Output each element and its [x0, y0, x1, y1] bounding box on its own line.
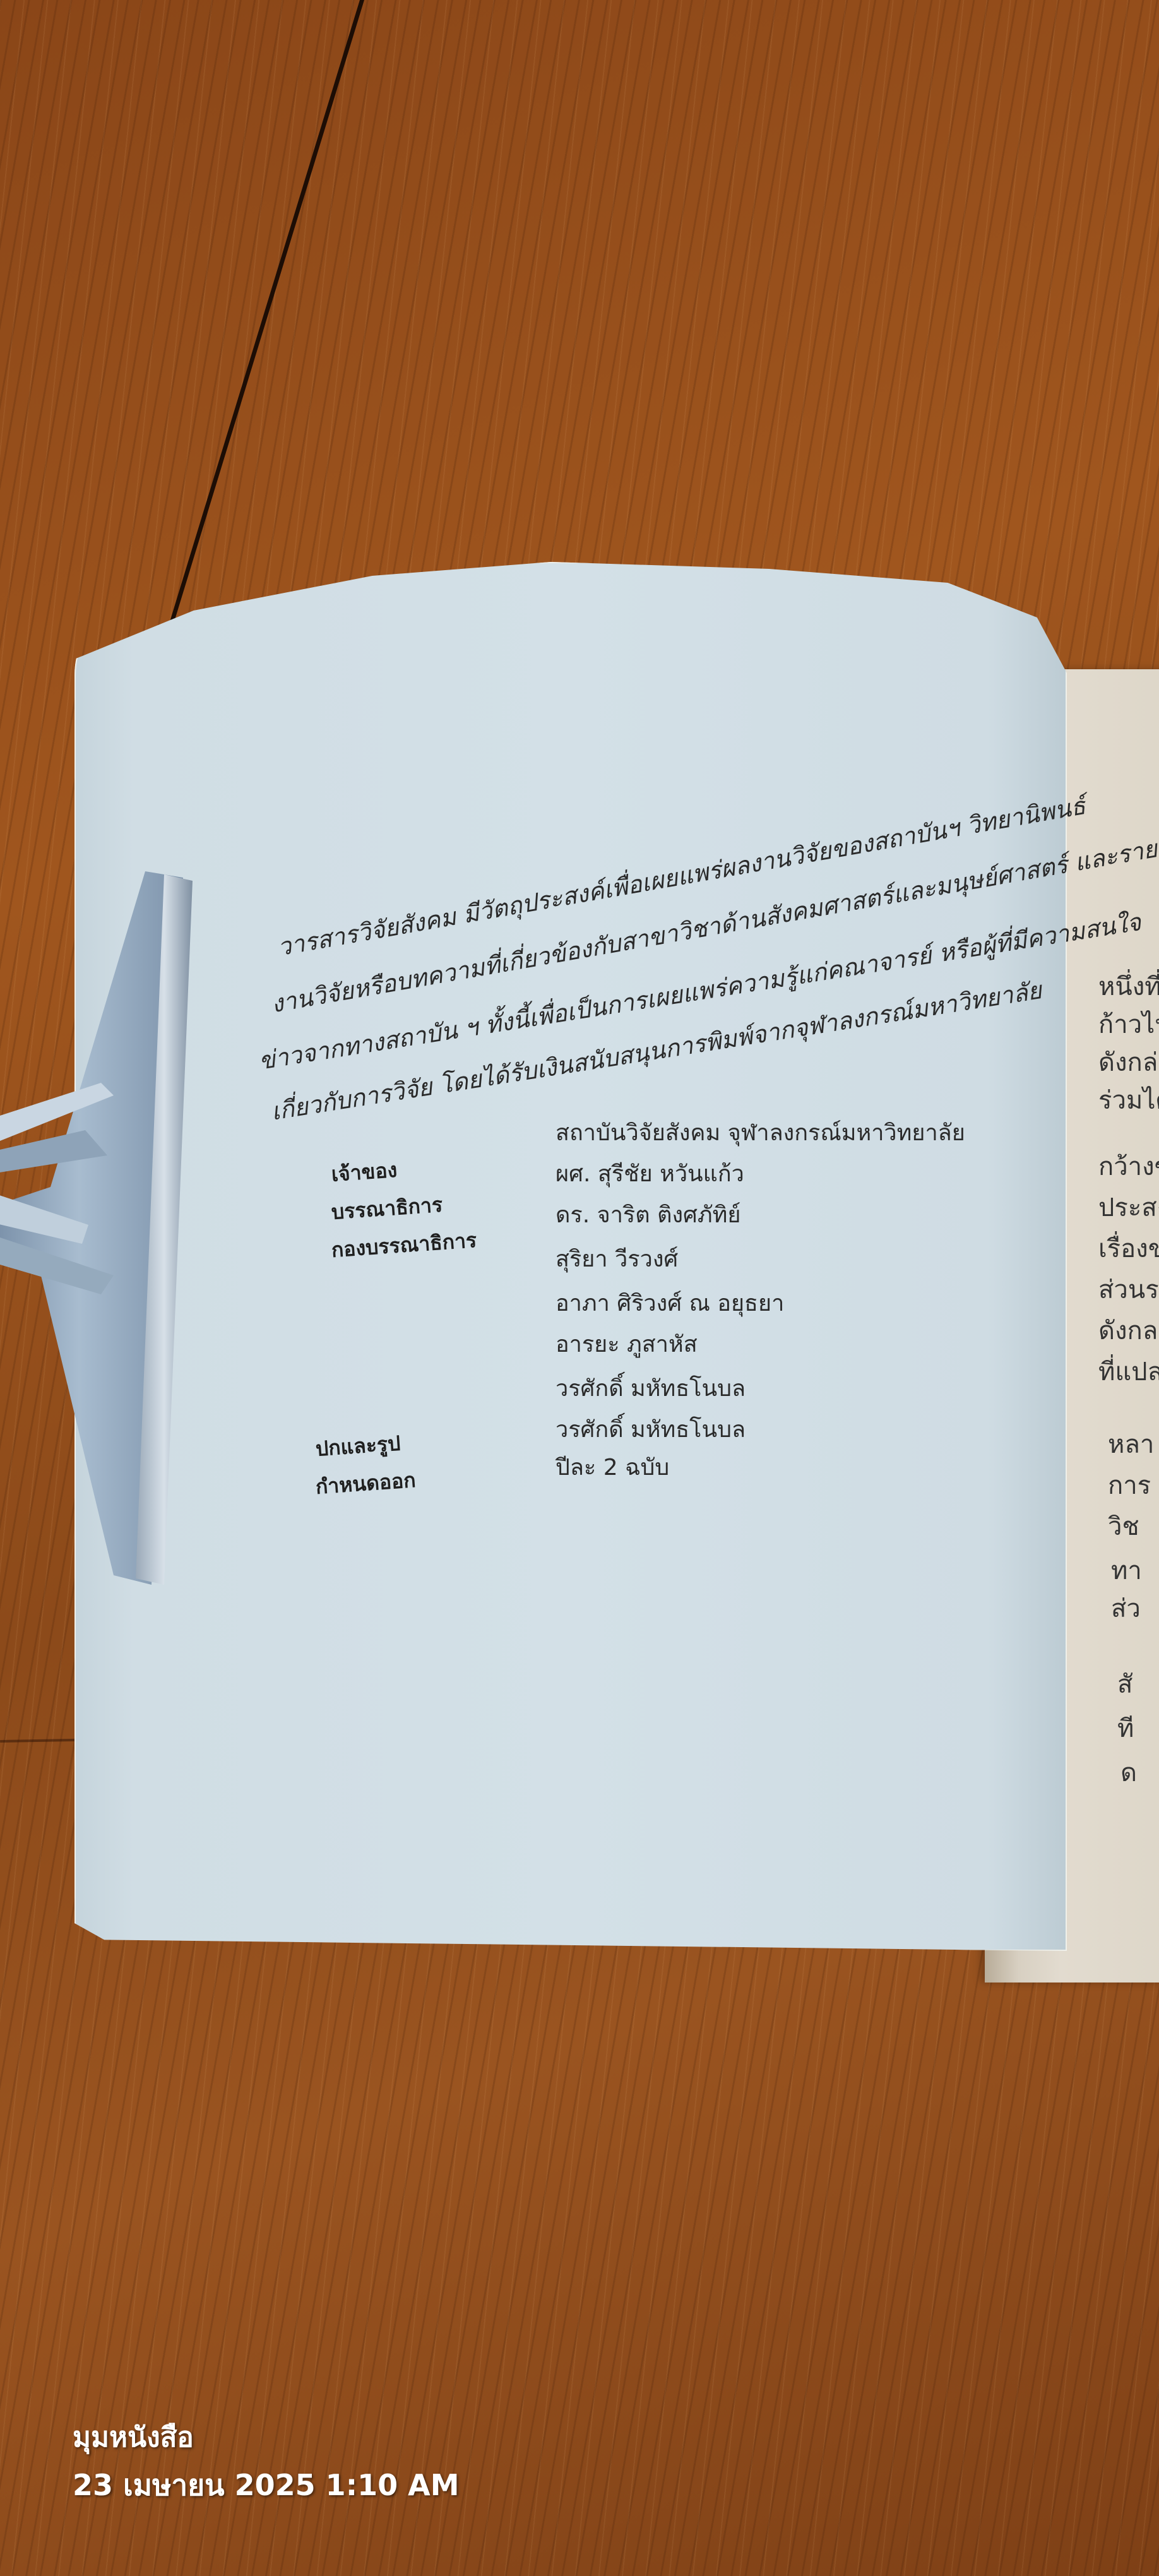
under-line: ที	[1117, 1708, 1134, 1748]
under-line: หลา	[1108, 1424, 1154, 1464]
under-line: ร่วมได้	[1098, 1080, 1159, 1120]
under-line: ที่แปล	[1098, 1351, 1159, 1392]
cover-label: ปกและรูป	[314, 1428, 401, 1465]
timestamp: 23 เมษายน 2025 1:10 AM	[73, 2462, 460, 2508]
watermark-title: มุมหนังสือ	[73, 2415, 194, 2459]
under-line: วิช	[1108, 1506, 1139, 1546]
under-line: เรื่องข	[1098, 1228, 1159, 1268]
owner-value: สถาบันวิจัยสังคม จุฬาลงกรณ์มหาวิทยาลัย	[556, 1114, 965, 1150]
under-line: สั	[1117, 1664, 1132, 1704]
under-line: การ	[1108, 1465, 1151, 1505]
schedule-value: ปีละ 2 ฉบับ	[556, 1449, 669, 1485]
binder-clip-icon	[0, 859, 215, 1597]
under-line: ก้าวไปสู่	[1098, 1004, 1159, 1044]
board-member: สุริยา วีรวงศ์	[556, 1241, 678, 1277]
under-line: ดังกล	[1098, 1310, 1158, 1351]
board-member: วรศักดิ์ มหัทธโนบล	[556, 1370, 746, 1406]
under-line: ส่วนร	[1098, 1269, 1159, 1309]
under-line: ทา	[1111, 1550, 1142, 1590]
under-line: กว้างข	[1098, 1146, 1159, 1186]
board-member: อาภา ศิริวงศ์ ณ อยุธยา	[556, 1285, 784, 1321]
board-member: อารยะ ภูสาหัส	[556, 1326, 698, 1362]
under-line: หนึ่งที่ทุ	[1098, 966, 1159, 1006]
owner-label: เจ้าของ	[330, 1154, 398, 1191]
table-seam	[167, 0, 364, 631]
board-member: ดร. จาริต ติงศภัทิย์	[556, 1196, 740, 1232]
editor-value: ผศ. สุรีชัย หวันแก้ว	[556, 1155, 744, 1191]
under-line: ประสง	[1098, 1187, 1159, 1227]
cover-value: วรศักดิ์ มหัทธโนบล	[556, 1411, 746, 1447]
under-line: ส่ว	[1111, 1588, 1141, 1628]
under-line: ด	[1120, 1752, 1137, 1792]
under-line: ดังกล่าว	[1098, 1042, 1159, 1082]
